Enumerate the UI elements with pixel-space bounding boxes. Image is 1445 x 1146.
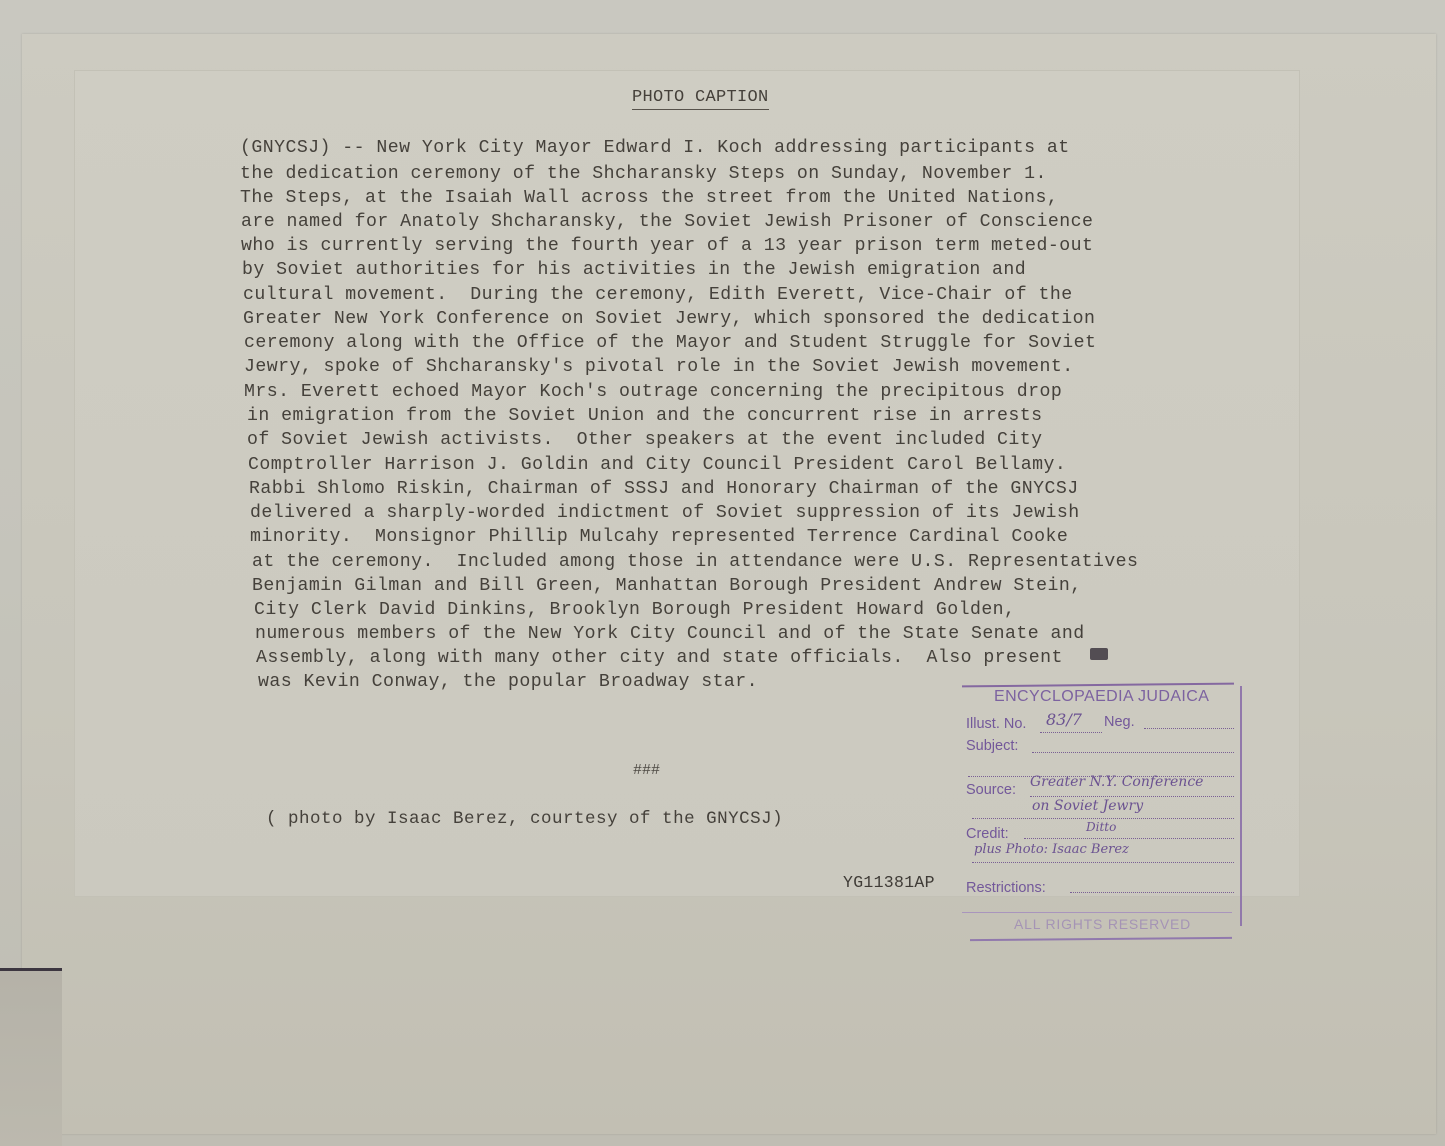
stamp-restrictions-label: Restrictions: <box>966 880 1046 896</box>
stamp-neg-label: Neg. <box>1104 714 1135 730</box>
body-line: cultural movement. During the ceremony, … <box>243 284 1073 306</box>
stamp-illust-value: 83/7 <box>1046 710 1082 729</box>
stamp-dotted-line <box>1144 728 1234 729</box>
stamp-subject-label: Subject: <box>966 738 1018 754</box>
body-line: numerous members of the New York City Co… <box>255 623 1085 645</box>
stamp-border-top <box>962 683 1234 688</box>
document-title: PHOTO CAPTION <box>632 88 769 110</box>
stamp-credit-value-1: Ditto <box>1086 820 1116 834</box>
body-line: are named for Anatoly Shcharansky, the S… <box>241 211 1093 233</box>
stamp-dotted-line <box>1070 892 1234 893</box>
stamp-dotted-line <box>972 818 1234 819</box>
body-line: was Kevin Conway, the popular Broadway s… <box>258 671 758 693</box>
body-line: Assembly, along with many other city and… <box>256 647 1063 669</box>
body-line: Greater New York Conference on Soviet Je… <box>243 308 1095 330</box>
stamp-credit-label: Credit: <box>966 826 1009 842</box>
body-line: in emigration from the Soviet Union and … <box>247 405 1043 427</box>
body-line: of Soviet Jewish activists. Other speake… <box>247 429 1043 451</box>
end-mark: ### <box>633 762 660 779</box>
body-line: Mrs. Everett echoed Mayor Koch's outrage… <box>244 381 1062 403</box>
body-line: City Clerk David Dinkins, Brooklyn Borou… <box>254 599 1015 621</box>
body-line: at the ceremony. Included among those in… <box>252 551 1138 573</box>
body-line: ceremony along with the Office of the Ma… <box>244 332 1096 354</box>
stamp-border-right <box>1240 686 1242 926</box>
body-line: The Steps, at the Isaiah Wall across the… <box>240 187 1058 209</box>
body-line: Benjamin Gilman and Bill Green, Manhatta… <box>252 575 1082 597</box>
body-line: delivered a sharply-worded indictment of… <box>250 502 1080 524</box>
stamp-dotted-line <box>1030 796 1234 797</box>
body-line: by Soviet authorities for his activities… <box>242 259 1026 281</box>
stamp-source-label: Source: <box>966 782 1016 798</box>
desk-shadow <box>0 968 62 1146</box>
stamp-credit-value-2: plus Photo: Isaac Berez <box>974 842 1129 857</box>
body-line: (GNYCSJ) -- New York City Mayor Edward I… <box>240 137 1070 159</box>
body-line: Rabbi Shlomo Riskin, Chairman of SSSJ an… <box>249 478 1079 500</box>
body-line: Jewry, spoke of Shcharansky's pivotal ro… <box>244 356 1074 378</box>
stamp-dotted-line <box>1024 838 1234 839</box>
body-line: who is currently serving the fourth year… <box>241 235 1093 257</box>
stamp-dotted-line <box>1040 732 1102 733</box>
stamp-illust-label: Illust. No. <box>966 716 1026 732</box>
body-line: minority. Monsignor Phillip Mulcahy repr… <box>250 526 1068 548</box>
stamp-source-value-1: Greater N.Y. Conference <box>1030 774 1203 790</box>
archive-stamp: ENCYCLOPAEDIA JUDAICA Illust. No. 83/7 N… <box>958 680 1242 942</box>
stamp-separator <box>962 912 1232 913</box>
stamp-dotted-line <box>1032 752 1234 753</box>
stamp-source-value-2: on Soviet Jewry <box>1032 798 1143 814</box>
stamp-heading: ENCYCLOPAEDIA JUDAICA <box>994 688 1209 706</box>
body-line: the dedication ceremony of the Shcharans… <box>240 163 1047 185</box>
stamp-rights-reserved: ALL RIGHTS RESERVED <box>1014 916 1191 932</box>
document-id: YG11381AP <box>843 873 935 892</box>
stamp-border-bottom <box>970 937 1232 941</box>
body-line: Comptroller Harrison J. Goldin and City … <box>248 454 1066 476</box>
stamp-dotted-line <box>972 862 1234 863</box>
photo-credit: ( photo by Isaac Berez, courtesy of the … <box>266 809 783 829</box>
ink-smudge <box>1090 648 1108 660</box>
